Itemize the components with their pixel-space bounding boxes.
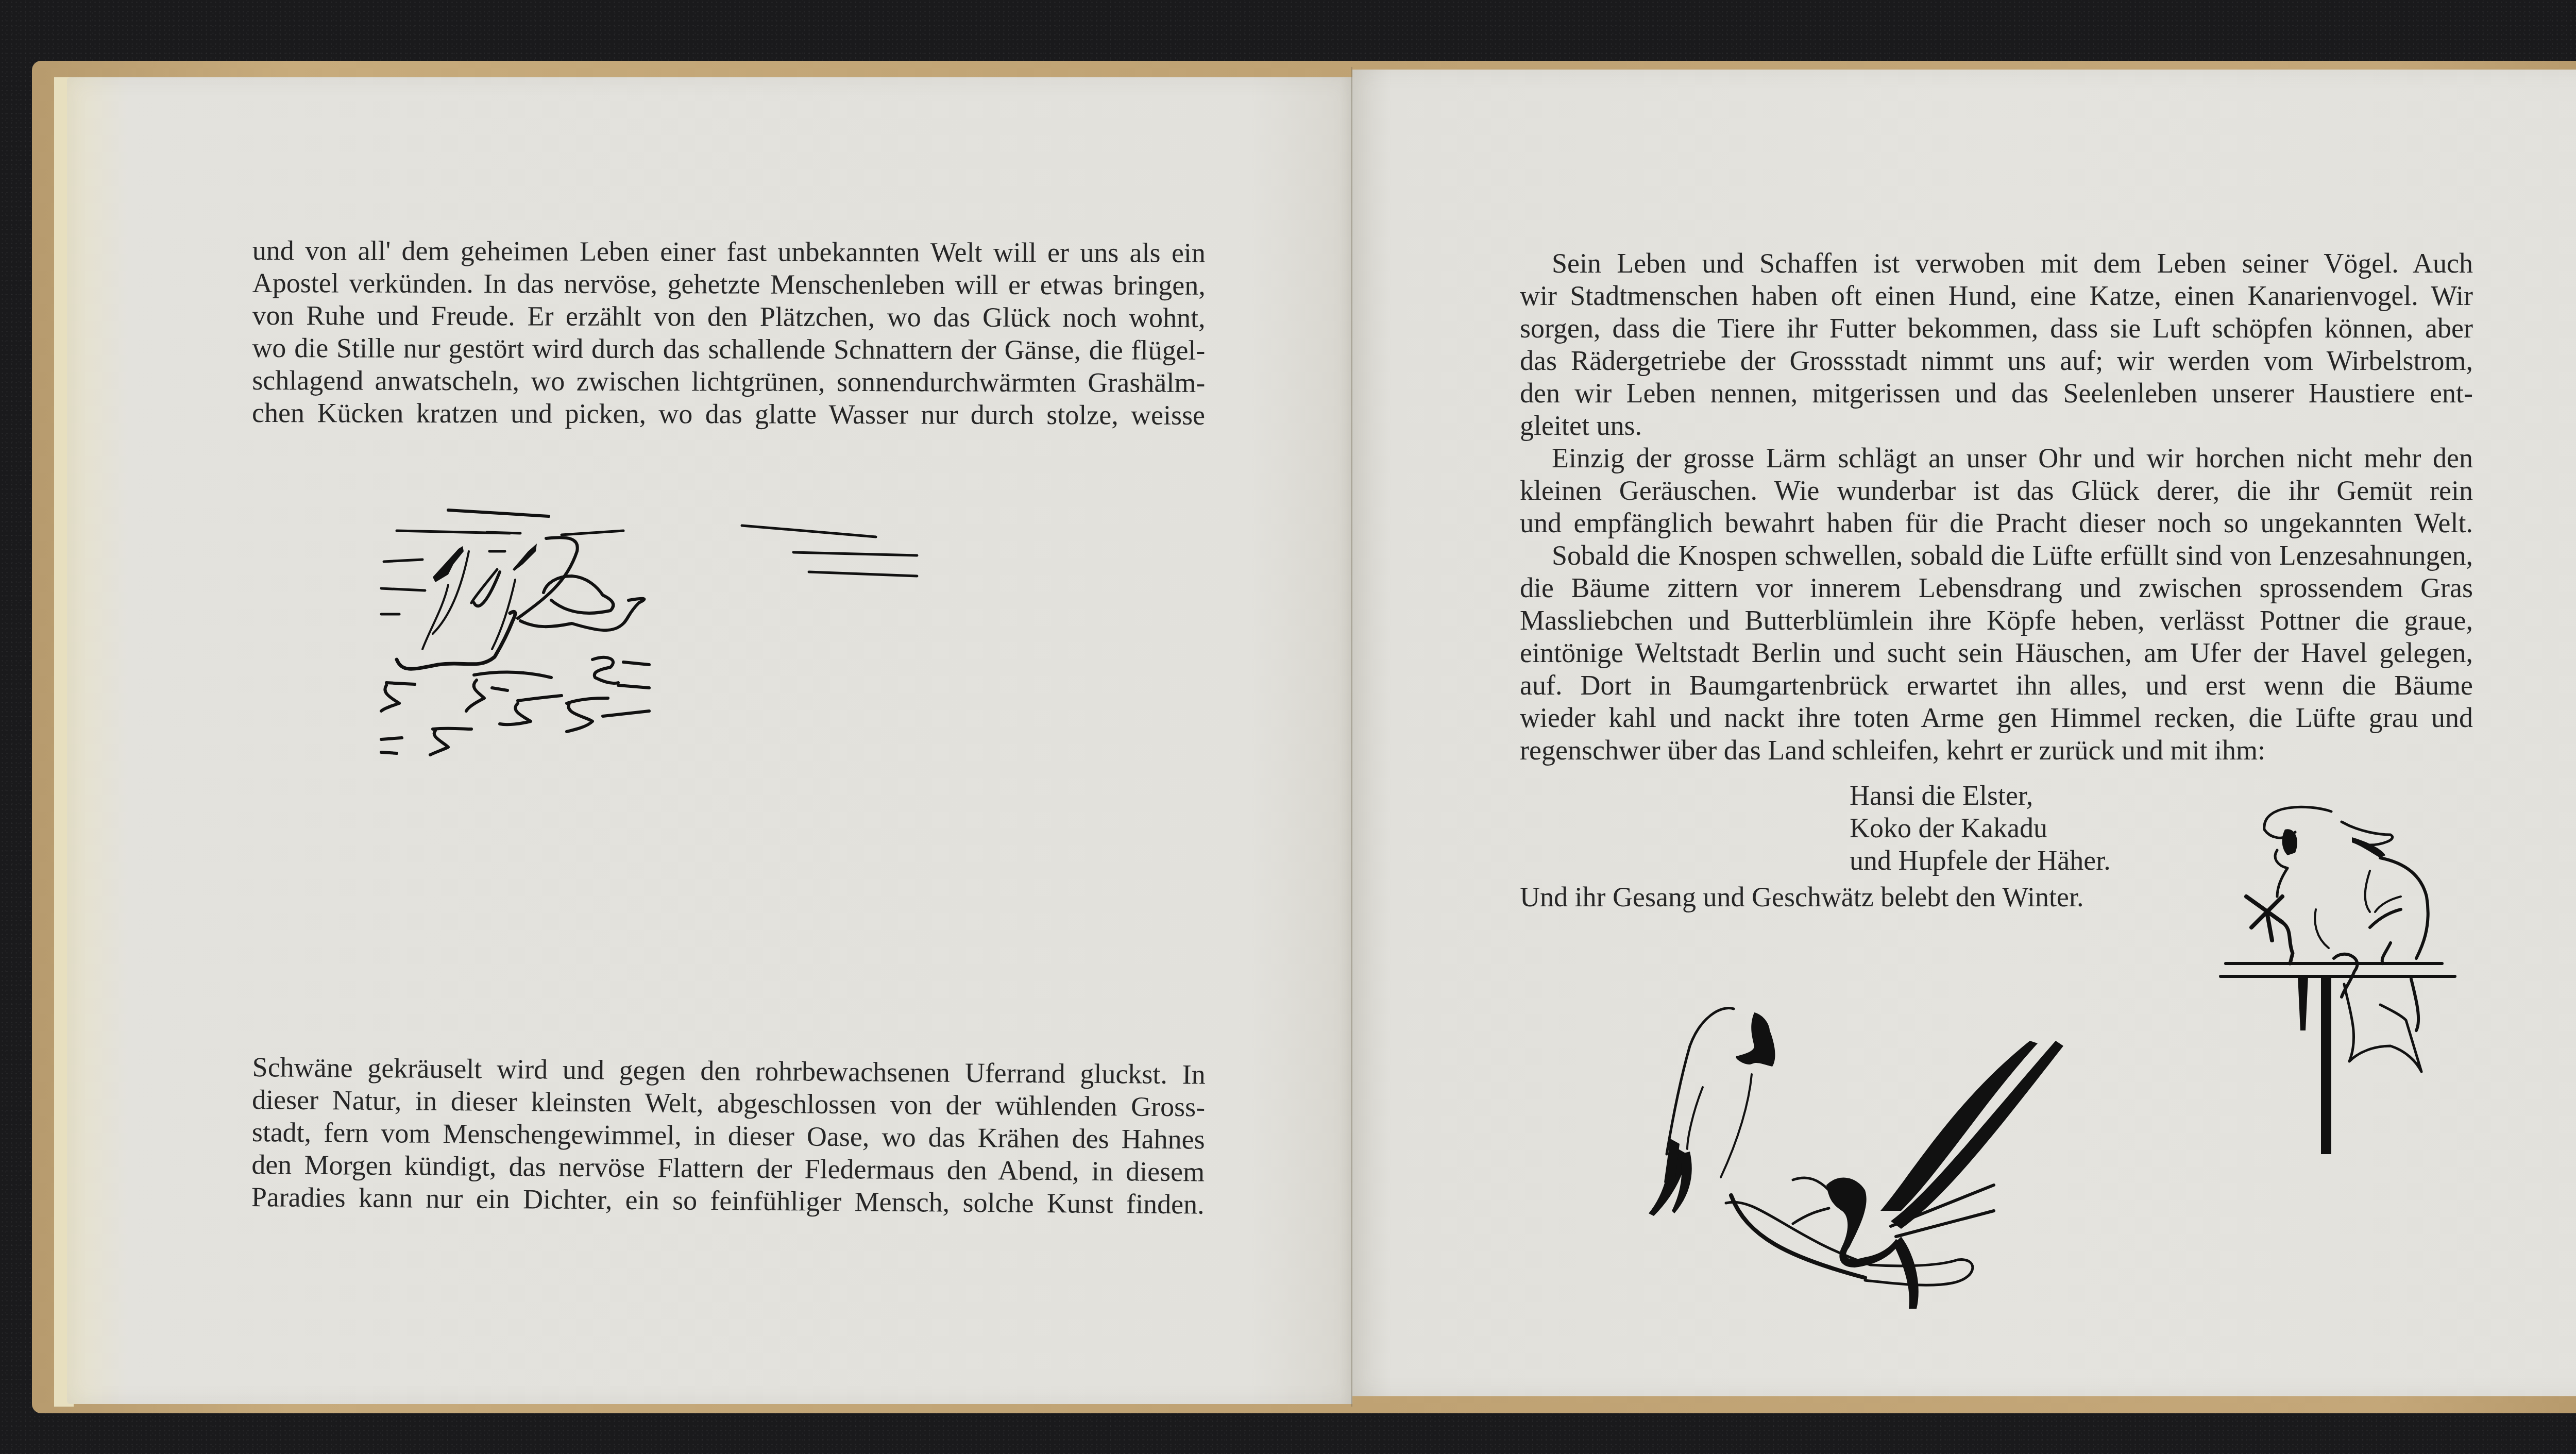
cockatoo-illustration <box>2205 793 2494 1185</box>
right-paragraph-2: Einzig der grosse Lärm schlägt an unser … <box>1520 442 2473 539</box>
cockatoo-icon <box>2205 793 2494 1185</box>
text-line: die Bäume zittern vor innerem Lebensdran… <box>1520 572 2473 604</box>
closing-line: Und ihr Gesang und Geschwätz belebt den … <box>1520 881 2190 914</box>
text-line: auf. Dort in Baumgartenbrück erwartet ih… <box>1520 669 2473 702</box>
text-line: das Rädergetriebe der Grossstadt nimmt u… <box>1520 345 2473 377</box>
text-line: Sobald die Knospen schwellen, sobald die… <box>1520 539 2473 572</box>
text-line: Sein Leben und Schaffen ist verwoben mit… <box>1520 247 2473 280</box>
text-line: chen Kücken kratzen und picken, wo das g… <box>252 397 1205 432</box>
text-line: wir Stadtmenschen haben oft einen Hund, … <box>1520 280 2473 312</box>
bird-list: Hansi die Elster, Koko der Kakadu und Hu… <box>1520 780 2190 877</box>
swans-illustration <box>381 495 922 1000</box>
text-line: wo die Stille nur gestört wird durch das… <box>252 332 1205 367</box>
left-bottom-paragraph: Schwäne gekräuselt wird und gegen den ro… <box>251 1051 1206 1221</box>
text-line: und von all' dem geheimen Leben einer fa… <box>252 234 1206 269</box>
text-line: wieder kahl und nackt ihre toten Arme ge… <box>1520 702 2473 734</box>
text-line: gleitet uns. <box>1520 410 2473 442</box>
text-line: Und ihr Gesang und Geschwätz belebt den … <box>1520 881 2190 914</box>
book-gutter <box>1351 67 1352 1407</box>
bird-list-item: und Hupfele der Häher. <box>1520 844 2190 877</box>
birds-on-branch-icon <box>1623 969 2087 1216</box>
swans-icon <box>381 495 922 1000</box>
text-line: den wir Leben nennen, mitgerissen und da… <box>1520 377 2473 410</box>
text-line: schlagend anwatscheln, wo zwischen licht… <box>252 364 1205 399</box>
right-paragraph-1: Sein Leben und Schaffen ist verwoben mit… <box>1520 247 2473 442</box>
right-paragraph-3: Sobald die Knospen schwellen, sobald die… <box>1520 539 2473 767</box>
text-line: sorgen, dass die Tiere ihr Futter bekomm… <box>1520 312 2473 345</box>
text-line: von Ruhe und Freude. Er erzählt von den … <box>252 299 1206 334</box>
text-line: Massliebchen und Butterblümlein ihre Köp… <box>1520 604 2473 637</box>
text-line: Apostel verkünden. In das nervöse, gehet… <box>252 267 1206 302</box>
text-line: regenschwer über das Land schleifen, keh… <box>1520 734 2473 767</box>
bird-list-item: Koko der Kakadu <box>1520 812 2190 844</box>
text-line: Einzig der grosse Lärm schlägt an unser … <box>1520 442 2473 475</box>
text-line: eintönige Weltstadt Berlin und sucht sei… <box>1520 637 2473 669</box>
bird-list-item: Hansi die Elster, <box>1520 780 2190 812</box>
jay-magpie-illustration <box>1623 969 2087 1216</box>
left-top-paragraph: und von all' dem geheimen Leben einer fa… <box>252 234 1206 432</box>
text-line: und empfänglich bewahrt haben für die Pr… <box>1520 507 2473 539</box>
text-line: kleinen Geräuschen. Wie wunderbar ist da… <box>1520 475 2473 507</box>
